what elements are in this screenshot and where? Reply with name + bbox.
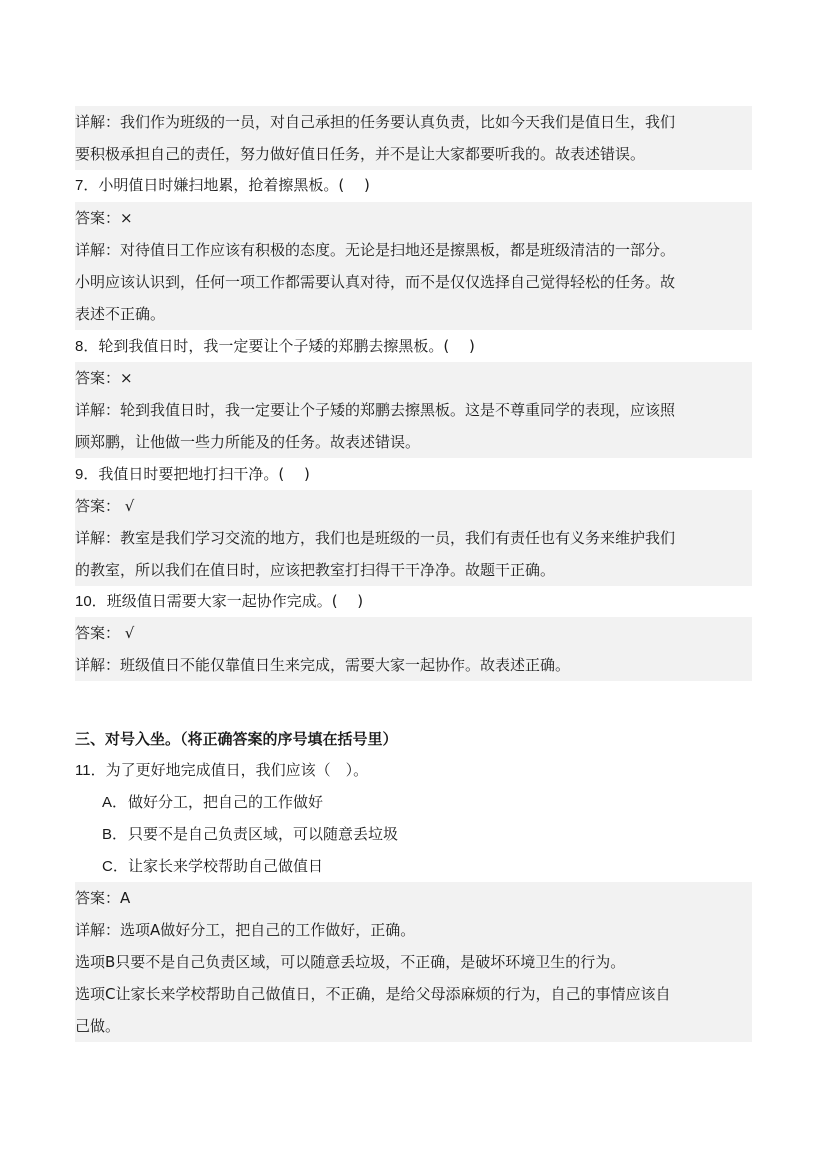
explanation-line: 己做。 xyxy=(75,1010,752,1042)
question-item: 7．小明值日时嫌扫地累，抢着擦黑板。( ) xyxy=(75,169,752,201)
option-letter: A． xyxy=(102,787,128,819)
explanation-line: 详解：选项A做好分工，把自己的工作做好，正确。 xyxy=(75,914,752,946)
answer-explanation-box: 答案：×详解：轮到我值日时，我一定要让个子矮的郑鹏去擦黑板。这是不尊重同学的表现… xyxy=(75,362,752,458)
option-text: 让家长来学校帮助自己做值日 xyxy=(128,857,323,875)
explanation-line: 详解：我们作为班级的一员，对自己承担的任务要认真负责，比如今天我们是值日生，我们 xyxy=(75,106,752,138)
option-list: A．做好分工，把自己的工作做好B．只要不是自己负责区域，可以随意丢垃圾C．让家长… xyxy=(75,786,752,882)
option-letter: B． xyxy=(102,819,128,851)
question-text: 班级值日需要大家一起协作完成。( ) xyxy=(107,592,363,610)
option-text: 做好分工，把自己的工作做好 xyxy=(128,793,323,811)
option-item: A．做好分工，把自己的工作做好 xyxy=(75,786,752,818)
answer-line: 答案： √ xyxy=(75,490,752,522)
explanation-line: 要积极承担自己的责任，努力做好值日任务，并不是让大家都要听我的。故表述错误。 xyxy=(75,138,752,170)
answer-line: 答案：× xyxy=(75,362,752,394)
answer-explanation-box: 答案： √详解：班级值日不能仅靠值日生来完成，需要大家一起协作。故表述正确。 xyxy=(75,617,752,681)
option-letter: C． xyxy=(102,851,128,883)
option-item: B．只要不是自己负责区域，可以随意丢垃圾 xyxy=(75,818,752,850)
answer-explanation-box: 详解：我们作为班级的一员，对自己承担的任务要认真负责，比如今天我们是值日生，我们… xyxy=(75,106,752,170)
explanation-line: 选项B只要不是自己负责区域，可以随意丢垃圾，不正确，是破坏环境卫生的行为。 xyxy=(75,946,752,978)
answer-line: 答案：A xyxy=(75,882,752,914)
question-number: 8． xyxy=(75,338,98,355)
question-item: 9．我值日时要把地打扫干净。( ) xyxy=(75,458,752,490)
question-text: 我值日时要把地打扫干净。( ) xyxy=(98,465,309,483)
question-item: 11．为了更好地完成值日，我们应该（ ）。 xyxy=(75,754,752,786)
option-text: 只要不是自己负责区域，可以随意丢垃圾 xyxy=(128,825,398,843)
question-number: 9． xyxy=(75,466,98,483)
answer-line: 答案：× xyxy=(75,202,752,234)
question-item: 8．轮到我值日时，我一定要让个子矮的郑鹏去擦黑板。( ) xyxy=(75,330,752,362)
question-text: 小明值日时嫌扫地累，抢着擦黑板。( ) xyxy=(98,176,369,194)
explanation-line: 选项C让家长来学校帮助自己做值日，不正确，是给父母添麻烦的行为，自己的事情应该自 xyxy=(75,978,752,1010)
answer-explanation-box: 答案： √详解：教室是我们学习交流的地方，我们也是班级的一员，我们有责任也有义务… xyxy=(75,490,752,586)
question-text: 为了更好地完成值日，我们应该（ ）。 xyxy=(106,761,369,779)
explanation-line: 小明应该认识到，任何一项工作都需要认真对待，而不是仅仅选择自己觉得轻松的任务。故 xyxy=(75,266,752,298)
question-text: 轮到我值日时，我一定要让个子矮的郑鹏去擦黑板。( ) xyxy=(98,337,474,355)
option-item: C．让家长来学校帮助自己做值日 xyxy=(75,850,752,882)
explanation-line: 表述不正确。 xyxy=(75,298,752,330)
explanation-line: 的教室，所以我们在值日时，应该把教室打扫得干干净净。故题干正确。 xyxy=(75,554,752,586)
question-number: 7． xyxy=(75,177,98,194)
answer-explanation-box: 答案：×详解：对待值日工作应该有积极的态度。无论是扫地还是擦黑板，都是班级清洁的… xyxy=(75,202,752,330)
explanation-line: 详解：教室是我们学习交流的地方，我们也是班级的一员，我们有责任也有义务来维护我们 xyxy=(75,522,752,554)
answer-line: 答案： √ xyxy=(75,617,752,649)
question-number: 10． xyxy=(75,593,107,610)
question-item: 10．班级值日需要大家一起协作完成。( ) xyxy=(75,585,752,617)
explanation-line: 详解：对待值日工作应该有积极的态度。无论是扫地还是擦黑板，都是班级清洁的一部分。 xyxy=(75,234,752,266)
explanation-line: 顾郑鹏，让他做一些力所能及的任务。故表述错误。 xyxy=(75,426,752,458)
explanation-line: 详解：班级值日不能仅靠值日生来完成，需要大家一起协作。故表述正确。 xyxy=(75,649,752,681)
question-number: 11． xyxy=(75,762,106,779)
explanation-line: 详解：轮到我值日时，我一定要让个子矮的郑鹏去擦黑板。这是不尊重同学的表现，应该照 xyxy=(75,394,752,426)
section-heading: 三、对号入坐。（将正确答案的序号填在括号里） xyxy=(75,723,752,755)
answer-explanation-box: 答案：A详解：选项A做好分工，把自己的工作做好，正确。选项B只要不是自己负责区域… xyxy=(75,882,752,1042)
